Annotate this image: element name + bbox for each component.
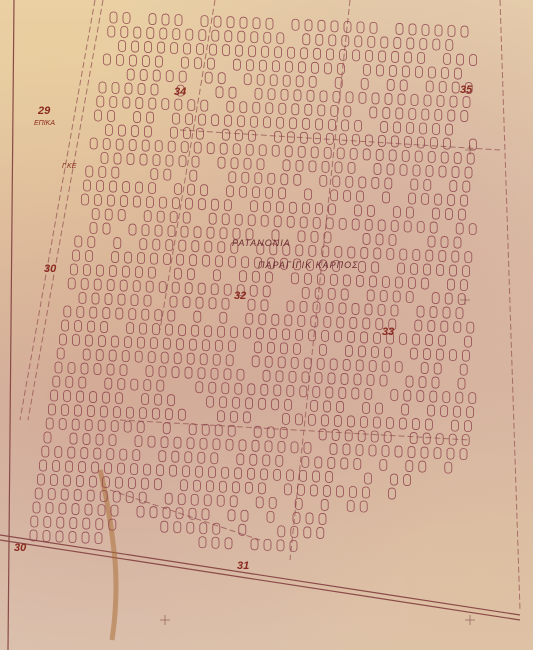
street-label: ΡΑΤΑΝΟΝΙΑ xyxy=(232,238,291,248)
block-label-29: 29 xyxy=(38,105,50,117)
map-linework xyxy=(0,0,533,650)
street-label: ΠΑΡΑΓΙΓΙΚ ΚΑΡΠΟΣ xyxy=(258,260,359,270)
block-label-30b: 30 xyxy=(14,542,26,554)
block-label-33: 33 xyxy=(382,326,394,338)
block-label-35: 35 xyxy=(460,84,472,96)
block-label-34: 34 xyxy=(174,86,186,98)
small-label: Γ.ΚΕ xyxy=(62,163,76,170)
cemetery-plot-map: 29ΕΠΙΚΑ34353032333130ΡΑΤΑΝΟΝΙΑΠΑΡΑΓΙΓΙΚ … xyxy=(0,0,533,650)
block-label-32: 32 xyxy=(234,290,246,302)
block-label-30: 30 xyxy=(44,263,56,275)
block-label-29-sub: ΕΠΙΚΑ xyxy=(34,120,55,127)
block-label-31: 31 xyxy=(237,560,249,572)
